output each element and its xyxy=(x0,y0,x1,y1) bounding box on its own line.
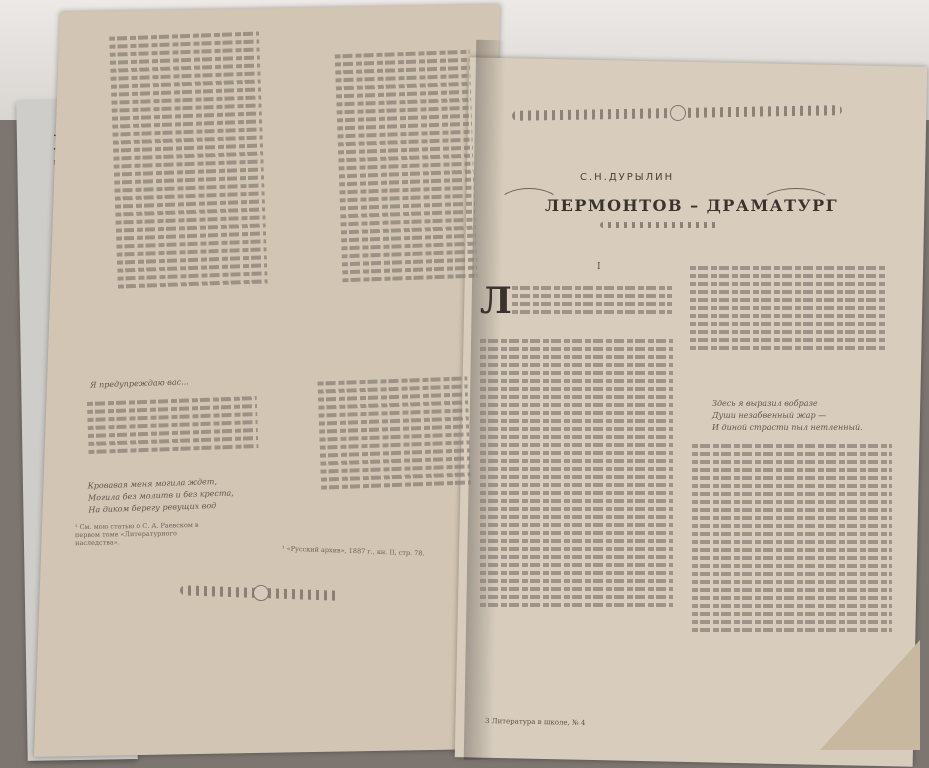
left-footnote: ¹ См. мою статью о С. А. Раевском в перв… xyxy=(75,521,205,547)
article-author: С.Н.ДУРЫЛИН xyxy=(580,172,674,183)
left-page-verse-block xyxy=(87,392,260,478)
left-page-column-1 xyxy=(109,27,271,382)
right-page-column-2-top xyxy=(690,262,885,382)
folded-page-corner xyxy=(820,640,920,750)
title-underline-ornament xyxy=(600,222,720,228)
right-page-column-1 xyxy=(480,335,673,720)
right-page-poem: Здесь я выразил вобразе Души незабвенный… xyxy=(712,398,863,434)
poem-line: Души незабвенный жар — xyxy=(712,410,863,422)
title-flourish-right xyxy=(760,188,832,220)
poem-line: И диной страсти пыл нетленный. xyxy=(712,422,863,434)
right-page-intro-lines xyxy=(512,282,672,334)
poem-line: Здесь я выразил вобразе xyxy=(712,398,863,410)
drop-cap: Л xyxy=(480,280,512,322)
section-number: I xyxy=(597,262,601,272)
left-page-poem-ending: Кровавая меня могила ждет, Могила без мо… xyxy=(87,475,234,516)
left-page-column-2 xyxy=(334,46,480,371)
left-page-column-2-lower xyxy=(317,372,472,537)
